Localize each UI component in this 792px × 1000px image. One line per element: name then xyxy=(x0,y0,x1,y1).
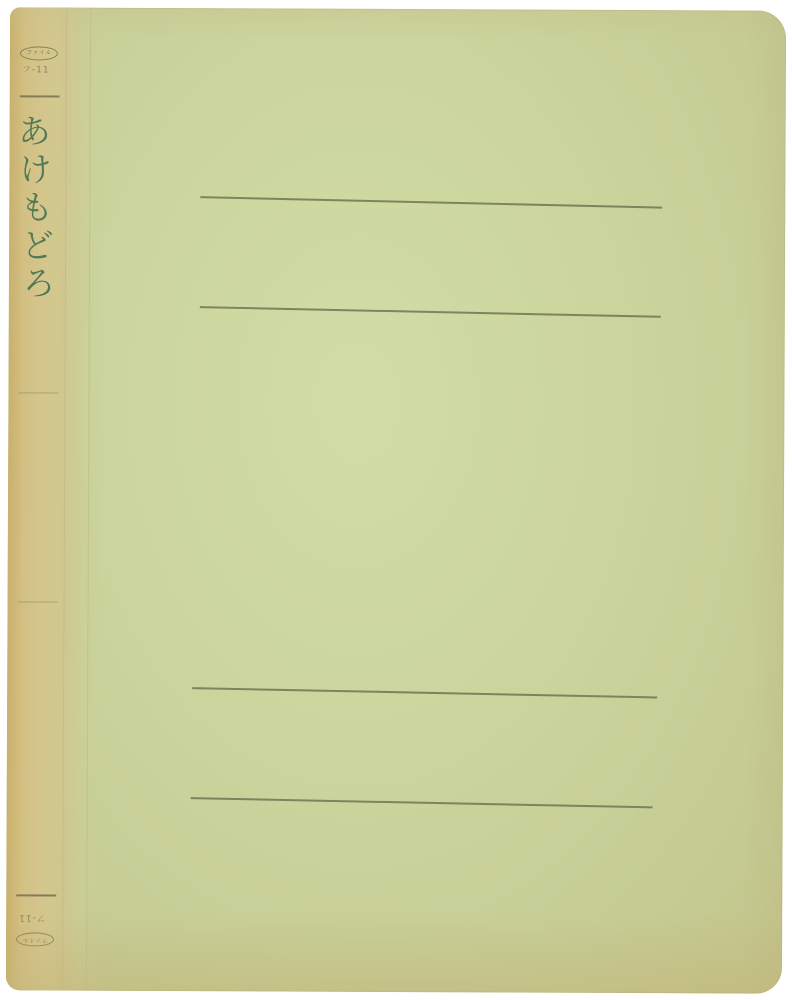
spine-rule-bottom xyxy=(16,894,56,896)
spine-rule-section-1 xyxy=(18,392,58,393)
spine-title: あけもどろ xyxy=(12,113,54,304)
edge-shade-bottom xyxy=(6,910,782,993)
spine-rule-section-2 xyxy=(18,601,58,602)
cover-write-line-2 xyxy=(200,306,661,317)
hinge-crease xyxy=(86,8,91,991)
spine-rule-top xyxy=(20,95,60,97)
hinge-crease xyxy=(62,8,67,991)
spine-top-label-code: フ-11 xyxy=(22,62,50,75)
spine-bottom-label-code: フ-11 xyxy=(18,912,46,925)
edge-shade-right xyxy=(742,11,786,994)
cover-write-line-4 xyxy=(191,797,653,808)
spine-bottom-label-oval: ファイル xyxy=(16,932,54,946)
folder-hinge xyxy=(56,8,105,991)
folder-spine: ファイル フ-11 あけもどろ フ-11 ファイル xyxy=(6,7,60,990)
edge-shade-top xyxy=(10,7,786,40)
file-folder: ファイル フ-11 あけもどろ フ-11 ファイル xyxy=(6,7,786,993)
cover-write-line-3 xyxy=(192,687,657,698)
cover-write-line-1 xyxy=(200,196,662,208)
spine-top-label-oval: ファイル xyxy=(20,46,58,60)
